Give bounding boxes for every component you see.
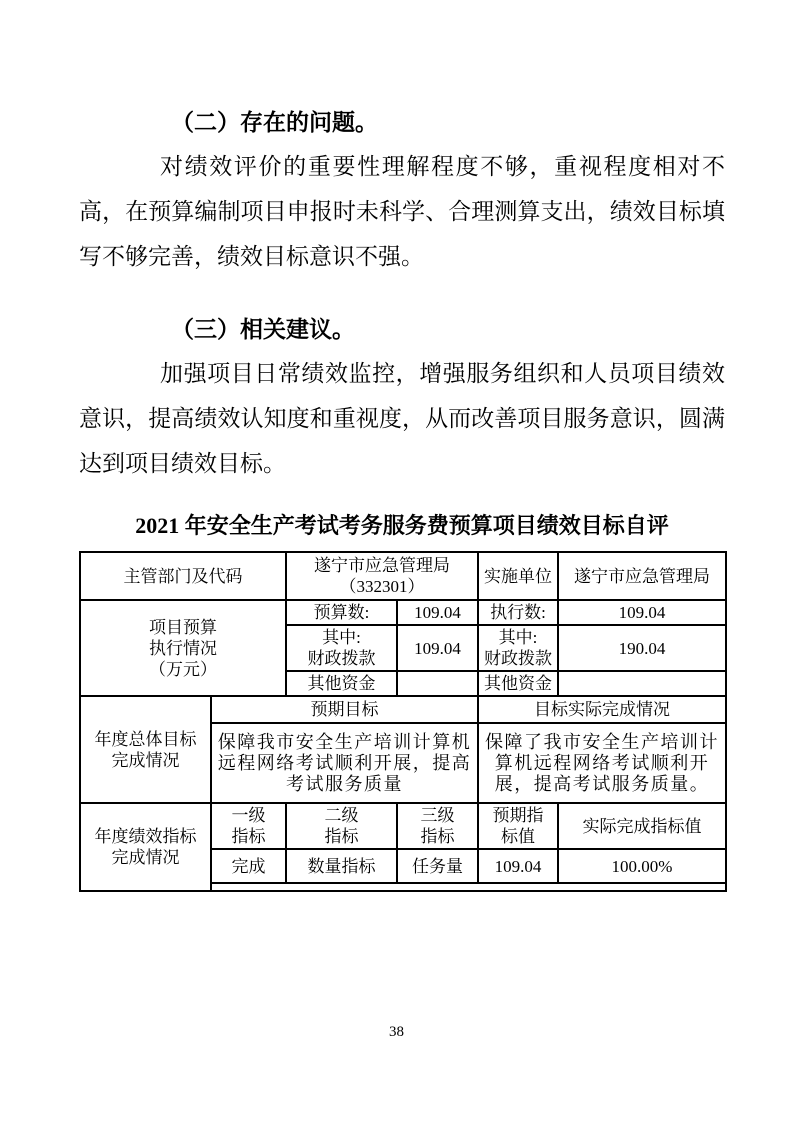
cell-budget-label: 项目预算 执行情况 （万元） <box>80 600 286 696</box>
cell-exec-other-value <box>558 671 726 696</box>
cell-expected-goal-header: 预期目标 <box>211 696 478 723</box>
table-cut-extension <box>211 883 726 891</box>
cell-budget-other-label: 其他资金 <box>286 671 397 696</box>
cell-budget-fiscal-label: 其中: 财政拨款 <box>286 625 397 671</box>
cell-actual-goal-header: 目标实际完成情况 <box>478 696 726 723</box>
cell-dept-label: 主管部门及代码 <box>80 552 286 600</box>
cell-annual-goal-label: 年度总体目标 完成情况 <box>80 696 211 803</box>
cell-level1-value: 完成 <box>211 849 286 883</box>
cell-perf-label: 年度绩效指标 完成情况 <box>80 803 211 891</box>
cell-impl-value: 遂宁市应急管理局 <box>558 552 726 600</box>
cell-level3-header: 三级 指标 <box>397 803 478 849</box>
cell-expected-value-header: 预期指 标值 <box>478 803 558 849</box>
cell-exec-fiscal-value: 190.04 <box>558 625 726 671</box>
cell-level2-value: 数量指标 <box>286 849 397 883</box>
heading-suggestions: （三）相关建议。 <box>79 315 725 345</box>
document-page: （二）存在的问题。 对绩效评价的重要性理解程度不够，重视程度相对不高，在预算编制… <box>0 0 793 1122</box>
cell-actual-goal: 保障了我市安全生产培训计算机远程网络考试顺利开展，提高考试服务质量。 <box>478 723 726 803</box>
cell-level2-header: 二级 指标 <box>286 803 397 849</box>
cell-impl-label: 实施单位 <box>478 552 558 600</box>
document-content: （二）存在的问题。 对绩效评价的重要性理解程度不够，重视程度相对不高，在预算编制… <box>79 108 725 892</box>
heading-problems: （二）存在的问题。 <box>79 108 725 138</box>
table-title: 2021 年安全生产考试考务服务费预算项目绩效目标自评 <box>79 510 725 542</box>
cell-exec-fiscal-label: 其中: 财政拨款 <box>478 625 558 671</box>
self-eval-table: 主管部门及代码 遂宁市应急管理局（332301） 实施单位 遂宁市应急管理局 项… <box>79 551 727 892</box>
cell-budget-fiscal-value: 109.04 <box>397 625 478 671</box>
cell-actual-value-header: 实际完成指标值 <box>558 803 726 849</box>
cell-budget-num-value: 109.04 <box>397 600 478 625</box>
cell-dept-value: 遂宁市应急管理局（332301） <box>286 552 478 600</box>
cell-level1-header: 一级 指标 <box>211 803 286 849</box>
cell-expected-value: 109.04 <box>478 849 558 883</box>
cell-level3-value: 任务量 <box>397 849 478 883</box>
cell-exec-other-label: 其他资金 <box>478 671 558 696</box>
cell-actual-value: 100.00% <box>558 849 726 883</box>
cell-budget-num-label: 预算数: <box>286 600 397 625</box>
cell-budget-other-value <box>397 671 478 696</box>
cell-exec-num-label: 执行数: <box>478 600 558 625</box>
paragraph-problems: 对绩效评价的重要性理解程度不够，重视程度相对不高，在预算编制项目申报时未科学、合… <box>79 144 725 279</box>
page-number: 38 <box>0 1024 793 1041</box>
cell-expected-goal: 保障我市安全生产培训计算机远程网络考试顺利开展，提高考试服务质量 <box>211 723 478 803</box>
paragraph-suggestions: 加强项目日常绩效监控，增强服务组织和人员项目绩效意识，提高绩效认知度和重视度，从… <box>79 351 725 486</box>
cell-exec-num-value: 109.04 <box>558 600 726 625</box>
